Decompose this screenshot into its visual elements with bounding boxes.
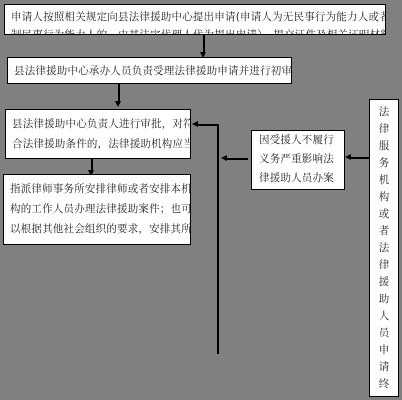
connector-noncompliance-return [226,158,248,160]
termination-vertical-text: 法 律 服 务 机 构 或 者 法 律 援 助 人 员 申 请 终 [370,104,398,393]
arrow-down-icon [115,101,121,107]
step-noncompliance-line1: 因受援人不履行 [259,131,340,150]
step-noncompliance-line2: 义务严重影响法 [259,150,340,169]
step-accept-box: 县法律援助中心承办人员负责受理法律援助申请并进行初审。 [7,57,292,84]
step-assign-line2: 构的工作人员办理法律援助案件；也可 [10,199,186,219]
step-apply-line2: 制民事行为能力人的，由其法定代理人代为提出申请），提交证件及相关证明材料 [11,25,381,35]
step-termination-box: 法 律 服 务 机 构 或 者 法 律 援 助 人 员 申 请 终 [369,99,399,397]
step-assign-line3: 以根据其他社会组织的要求，安排其所 [10,219,186,239]
step-assign-box: 指派律师事务所安排律师或者安排本机 构的工作人员办理法律援助案件；也可 以根据其… [3,174,191,245]
step-accept-text: 县法律援助中心承办人员负责受理法律援助申请并进行初审。 [14,61,287,81]
step-approve-line1: 县法律援助中心负责人进行审批，对符 [12,114,186,134]
connector-return-horizontal [196,124,218,126]
step-assign-line1: 指派律师事务所安排律师或者安排本机 [10,179,186,199]
step-noncompliance-line3: 律援助人员办案 [259,169,340,188]
step-apply-box: 申请人按照相关规定向县法律援助中心提出申请(申请人为无民事行为能力人或者限 制民… [4,4,386,35]
step-approve-box: 县法律援助中心负责人进行审批，对符 合法律援助条件的，法律援助机构应当 [5,109,191,159]
step-apply-line1: 申请人按照相关规定向县法律援助中心提出申请(申请人为无民事行为能力人或者限 [11,7,381,27]
connector-termination-noncompliance [350,157,370,159]
connector-return-vertical [217,124,219,354]
arrow-left-icon [221,155,227,161]
arrow-left-icon [345,154,351,160]
arrow-left-icon [192,121,198,127]
step-approve-line2: 合法律援助条件的，法律援助机构应当 [12,134,186,154]
step-noncompliance-box: 因受援人不履行 义务严重影响法 律援助人员办案 [251,130,345,190]
